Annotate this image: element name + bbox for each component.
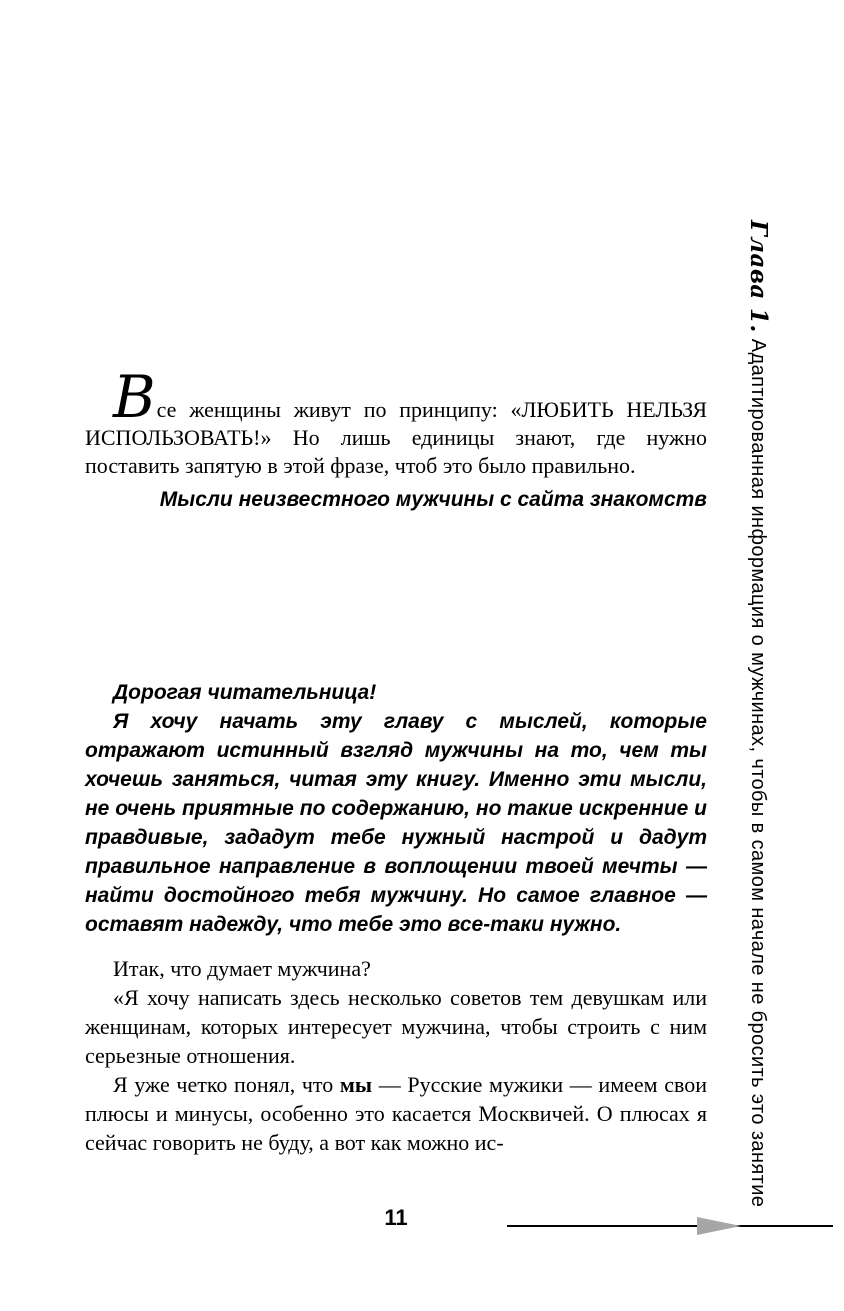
body-section: Итак, что думает мужчина? «Я хочу написа… — [85, 954, 707, 1157]
chapter-sidebar: Глава 1. Адаптированная информация о муж… — [738, 220, 772, 1220]
body-para3-before: Я уже четко понял, что — [113, 1072, 340, 1097]
epigraph-text: се женщины живут по принципу: «ЛЮБИТЬ НЕ… — [85, 397, 707, 478]
body-question: Итак, что думает мужчина? — [85, 954, 707, 983]
intro-section: Дорогая читательница! Я хочу начать эту … — [85, 678, 707, 939]
book-page: Глава 1. Адаптированная информация о муж… — [0, 0, 844, 1311]
chapter-title: Адаптированная информация о мужчинах, чт… — [747, 333, 769, 1207]
body-paragraph-3: Я уже четко понял, что мы — Русские мужи… — [85, 1070, 707, 1157]
epigraph: Все женщины живут по принципу: «ЛЮБИТЬ Н… — [85, 396, 707, 480]
salutation: Дорогая читательница! — [85, 678, 707, 707]
intro-paragraph: Я хочу начать эту главу с мыслей, которы… — [85, 707, 707, 939]
body-para3-bold-word: мы — [340, 1072, 372, 1097]
chapter-number-label: Глава 1. — [745, 220, 772, 333]
epigraph-dropcap: В — [113, 363, 157, 431]
footer-rule — [507, 1225, 833, 1227]
epigraph-attribution: Мысли неизвестного мужчины с сайта знако… — [85, 488, 707, 512]
arrow-right-icon — [697, 1217, 741, 1235]
page-number: 11 — [85, 1205, 707, 1231]
body-quote-start: «Я хочу написать здесь несколько советов… — [85, 983, 707, 1070]
